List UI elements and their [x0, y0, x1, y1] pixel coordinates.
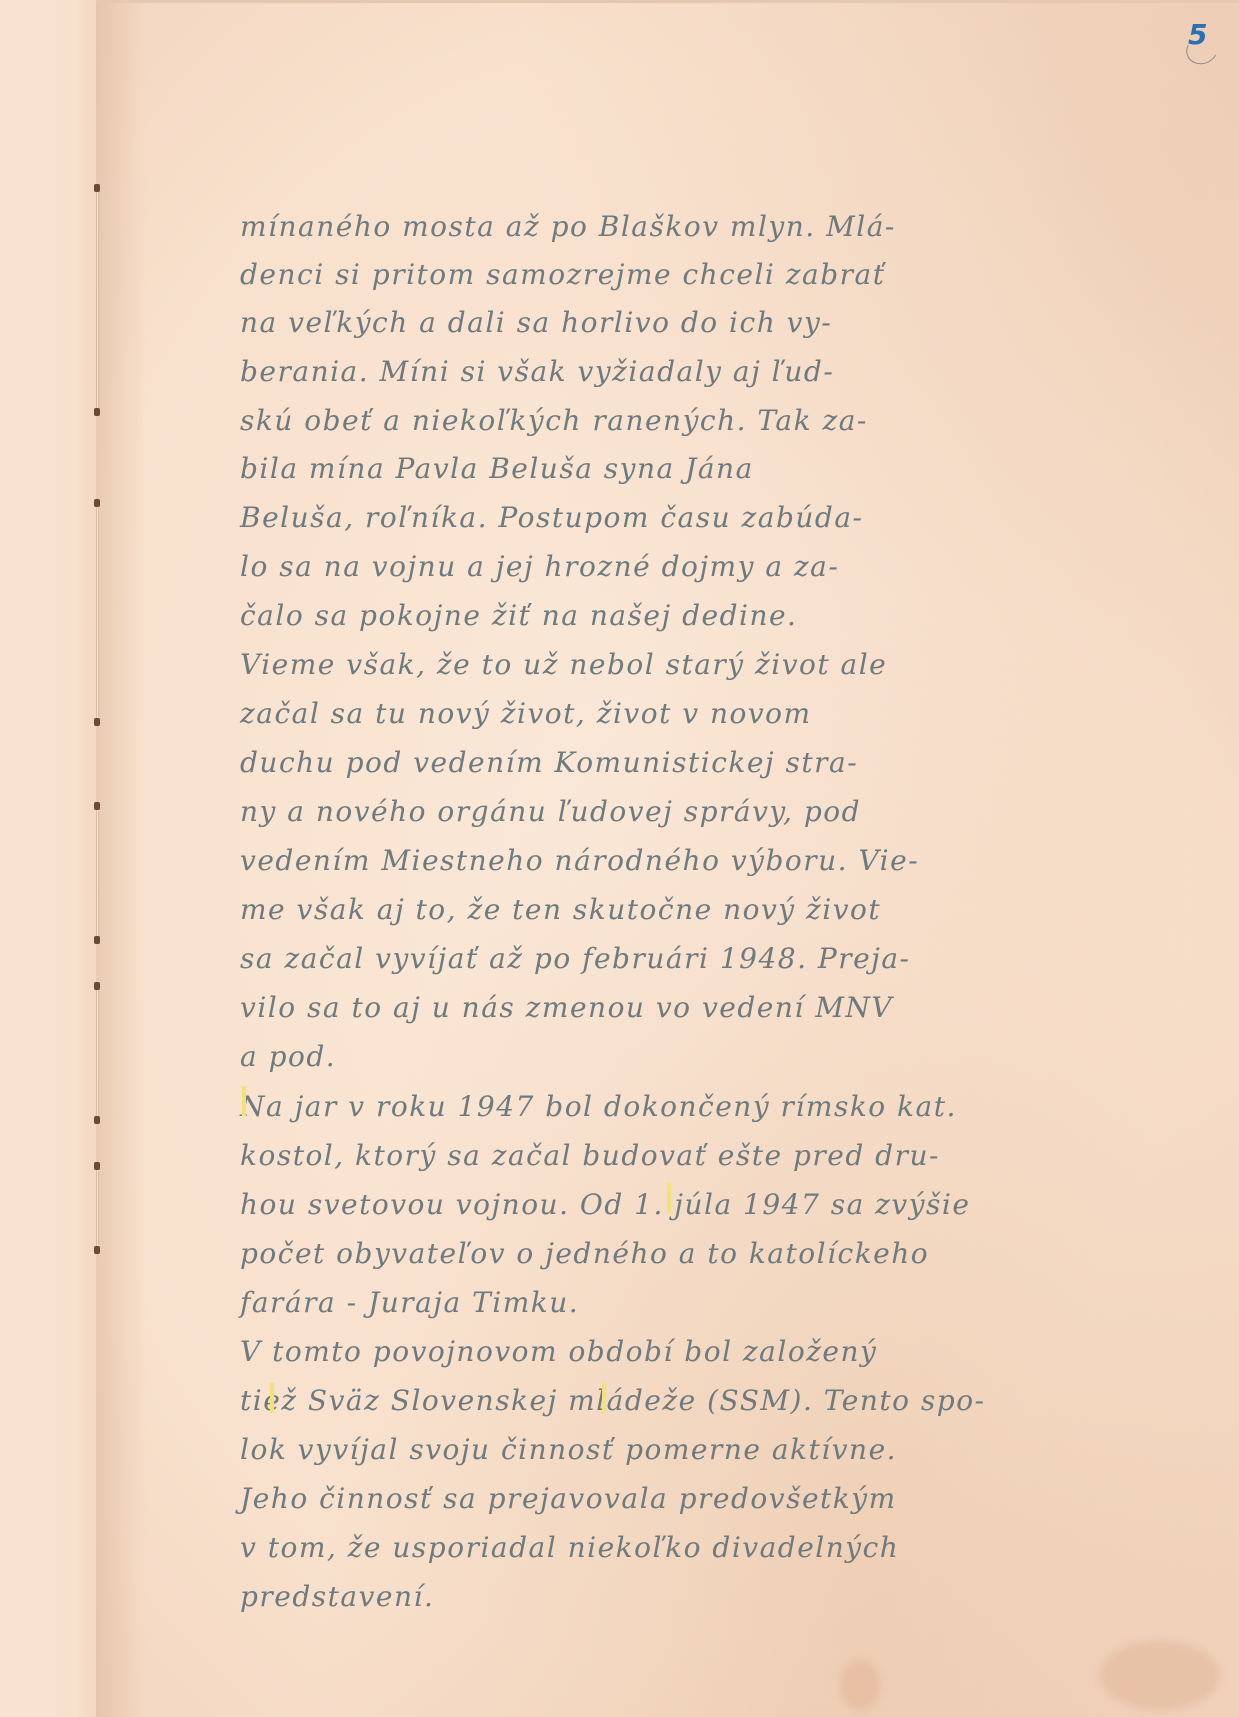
- text-line: počet obyvateľov o jedného a to katolíck…: [240, 1237, 929, 1270]
- text-line: Na jar v roku 1947 bol dokončený rímsko …: [240, 1090, 957, 1123]
- gutter-shadow: [96, 0, 146, 1717]
- text-line: vedením Miestneho národného výboru. Vie-: [240, 844, 919, 877]
- binding-stitch: [96, 988, 99, 1118]
- text-line: skú obeť a niekoľkých ranených. Tak za-: [240, 404, 868, 437]
- text-line: V tomto povojnovom období bol založený: [240, 1335, 877, 1368]
- page-number: 5: [1188, 18, 1207, 51]
- text-line: Beluša, roľníka. Postupom času zabúda-: [240, 501, 864, 534]
- highlighter-mark: [667, 1183, 671, 1213]
- text-line: duchu pod vedením Komunistickej stra-: [240, 746, 858, 779]
- highlighter-mark: [270, 1383, 274, 1413]
- text-line: a pod.: [240, 1040, 336, 1073]
- text-line: v tom, že usporiadal niekoľko divadelnýc…: [240, 1531, 899, 1564]
- text-line: hou svetovou vojnou. Od 1. júla 1947 sa …: [240, 1188, 970, 1221]
- page-top-edge: [96, 0, 1239, 3]
- paper-stain: [840, 1660, 880, 1710]
- text-line: lo sa na vojnu a jej hrozné dojmy a za-: [240, 550, 839, 583]
- text-line: sa začal vyvíjať až po februári 1948. Pr…: [240, 942, 911, 975]
- binding-margin: [0, 0, 96, 1717]
- text-line: kostol, ktorý sa začal budovať ešte pred…: [240, 1139, 940, 1172]
- text-line: berania. Míni si však vyžiadaly aj ľud-: [240, 355, 834, 388]
- text-line: mínaného mosta až po Blaškov mlyn. Mlá-: [240, 210, 896, 243]
- text-line: na veľkých a dali sa horlivo do ich vy-: [240, 306, 832, 339]
- text-line: Vieme však, že to už nebol starý život a…: [240, 648, 887, 681]
- text-line: farára - Juraja Timku.: [240, 1286, 579, 1319]
- text-line: tiež Sväz Slovenskej mládeže (SSM). Tent…: [240, 1384, 986, 1417]
- text-line: Jeho činnosť sa prejavovala predovšetkým: [240, 1482, 897, 1515]
- highlighter-mark: [242, 1086, 246, 1116]
- text-line: me však aj to, že ten skutočne nový živo…: [240, 893, 881, 926]
- binding-stitch: [96, 808, 99, 938]
- text-line: denci si pritom samozrejme chceli zabrať: [240, 258, 885, 291]
- text-line: ny a nového orgánu ľudovej správy, pod: [240, 795, 861, 828]
- paper-stain: [1100, 1640, 1220, 1710]
- highlighter-mark: [602, 1383, 606, 1413]
- binding-stitch: [96, 505, 99, 720]
- text-line: bila mína Pavla Beluša syna Jána: [240, 452, 754, 485]
- document-page: 5 mínaného mosta až po Blaškov mlyn. Mlá…: [0, 0, 1239, 1717]
- text-line: začal sa tu nový život, život v novom: [240, 697, 812, 730]
- binding-stitch: [96, 1168, 99, 1248]
- text-line: predstavení.: [240, 1580, 434, 1613]
- text-line: čalo sa pokojne žiť na našej dedine.: [240, 599, 797, 632]
- text-line: lok vyvíjal svoju činnosť pomerne aktívn…: [240, 1433, 897, 1466]
- text-line: vilo sa to aj u nás zmenou vo vedení MNV: [240, 991, 893, 1024]
- binding-stitch: [96, 190, 99, 410]
